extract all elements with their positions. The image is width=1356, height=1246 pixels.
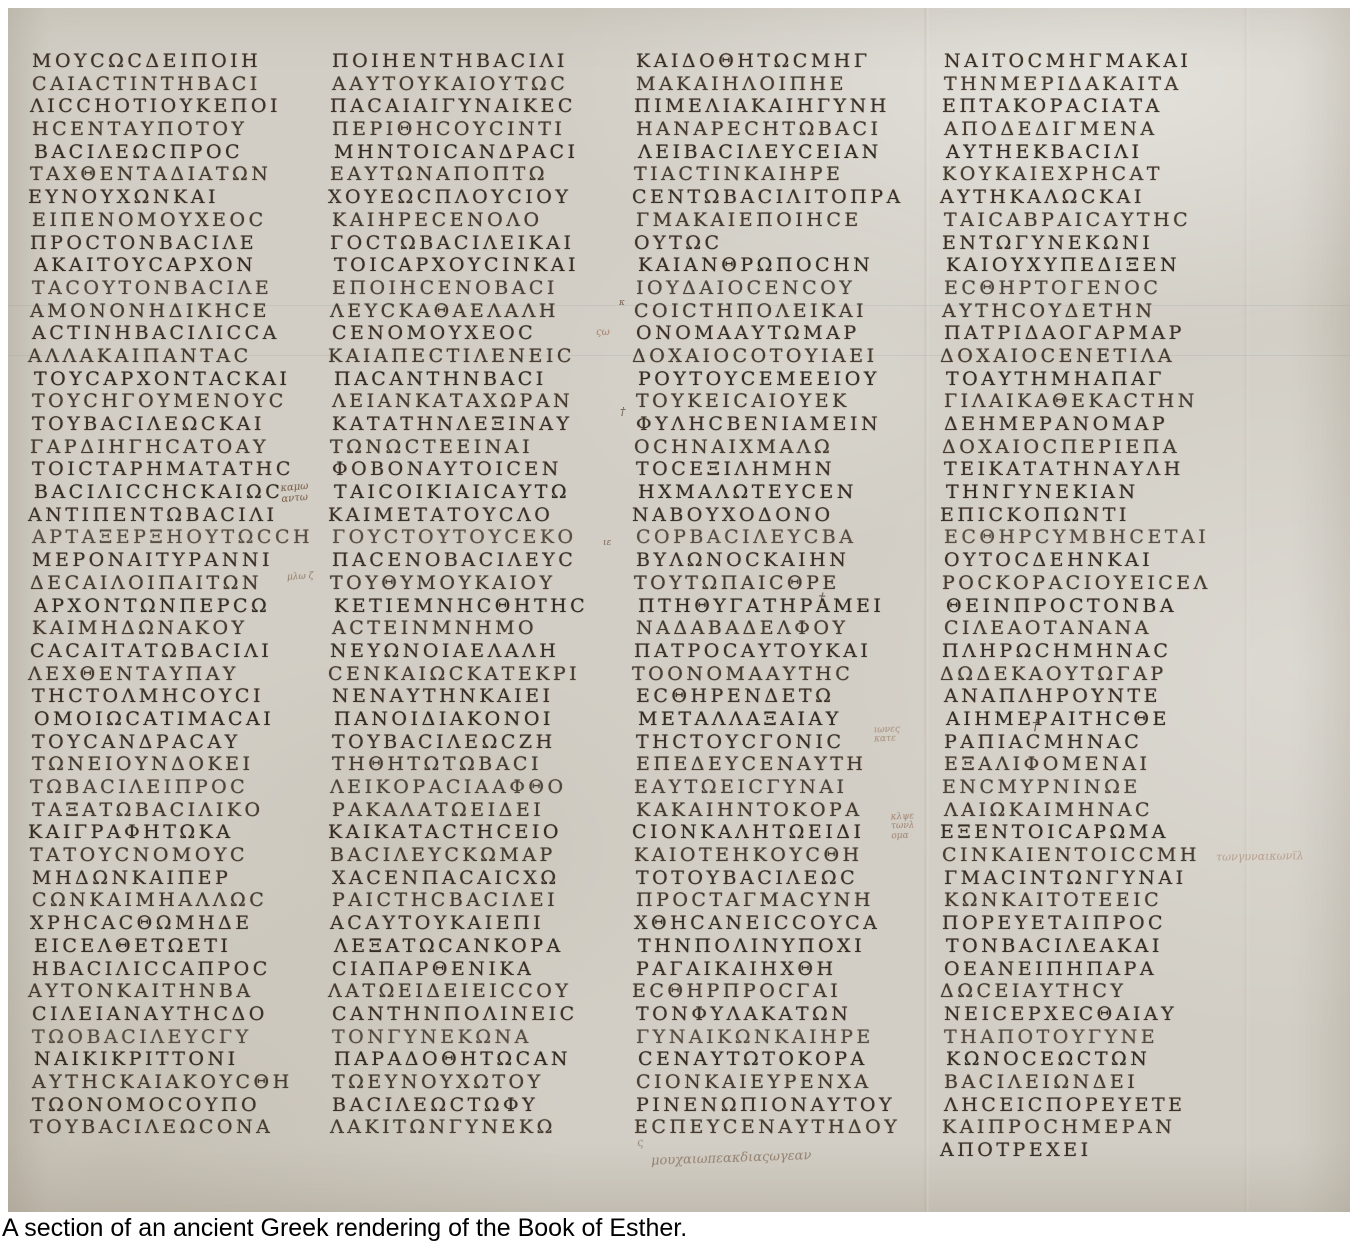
manuscript-text-line: ΑCΤΕΙΝΜΝΗΜΟ — [332, 617, 604, 640]
manuscript-text-line: ΘΕΙΝΠΡΟCΤΟΝΒΑ — [946, 595, 1222, 618]
manuscript-text-line: ΑΠΟΔΕΔΙΓΜΕΝΑ — [944, 118, 1220, 141]
manuscript-text-line: ΠΟΙΗΕΝΤΗΒΑCΙΛΙ — [332, 50, 604, 73]
manuscript-text-line: CΙΟΝΚΑΛΗΤΩΕΙΔΙ — [632, 821, 908, 844]
marginal-note: μλω ζ — [287, 572, 314, 583]
manuscript-text-line: ΤΟΟΝΟΜΑΑΥΤΗC — [632, 663, 908, 686]
manuscript-text-line: ΡΟCΚΟΡΑCΙΟΥΕΙCΕΛ — [942, 572, 1218, 595]
manuscript-text-line: CΟΡΒΑCΙΛΕΥCΒΑ — [636, 526, 912, 549]
manuscript-text-line: ΕCΠΕΥCΕΝΑΥΤΗΔΟΥ — [634, 1116, 910, 1139]
manuscript-text-line: ΕΑΥΤΩΕΙCΓΥΝΑΙ — [634, 776, 910, 799]
manuscript-photo: ΜΟΥCΩCΔΕΙΠΟΙΗCΑΙΑCΤΙΝΤΗΒΑCΙΛΙCCΗΟΤΙΟΥΚΕΠ… — [8, 8, 1350, 1212]
manuscript-text-line: ΕCΘΗΡΕΝΔΕΤΩ — [636, 685, 912, 708]
manuscript-text-line: ΔΟΧΑΙΟCΠΕΡΙΕΠΑ — [942, 436, 1218, 459]
manuscript-text-line: ΤΟCΕΞΙΛΗΜΗΝ — [636, 458, 912, 481]
manuscript-text-line: ΤΟΥΒΑCΙΛΕΩCΖΗ — [332, 731, 604, 754]
parchment-crease — [923, 8, 929, 1212]
manuscript-text-line: CΩΝΚΑΙΜΗΑΛΛΩC — [32, 889, 304, 912]
manuscript-text-line: ΚΩΝΚΑΙΤΟΤΕΕΙC — [944, 889, 1220, 912]
manuscript-text-line: ΤΩΟΝΟΜΟCΟΥΠΟ — [32, 1094, 304, 1117]
manuscript-text-line: ΕΝΤΩΓΥΝΕΚΩΝΙ — [942, 232, 1218, 255]
manuscript-text-line: ΝΕΥΩΝΟΙΑΕΛΑΛΗ — [330, 640, 602, 663]
manuscript-text-line: ΛΑΤΩΕΙΔΕΙΕΙCCΟΥ — [328, 980, 600, 1003]
manuscript-text-line: ΤΟΥΘΥΜΟΥΚΑΙΟΥ — [330, 572, 602, 595]
manuscript-text-line: ΠΡΟCΤΑΓΜΑCΥΝΗ — [636, 889, 912, 912]
manuscript-text-line: ΝΕΙCΕΡΧΕCΘΑΙΑΥ — [944, 1003, 1220, 1026]
manuscript-text-line: ΓΙΛΑΙΚΑΘΕΚΑCΤΗΝ — [944, 390, 1220, 413]
marginal-note: κλψε τωνλ ομα — [891, 813, 915, 842]
manuscript-text-line: ΚΑΙΔΟΘΗΤΩCΜΗΓ — [636, 50, 912, 73]
manuscript-text-line: ΦΟΒΟΝΑΥΤΟΙCΕΝ — [332, 458, 604, 481]
manuscript-text-line: ΟΥΤΩC — [634, 232, 910, 255]
manuscript-text-line: ΕΝCΜΥΡΝΙΝΩΕ — [942, 776, 1218, 799]
manuscript-text-line: ΝΑΔΑΒΑΔΕΛΦΟΥ — [636, 617, 912, 640]
manuscript-text-line: ΚΟΥΚΑΙΕΧΡΗCΑΤ — [942, 163, 1218, 186]
manuscript-text-line: ΚΑΙΠΡΟCΗΜΕΡΑΝ — [942, 1116, 1218, 1139]
manuscript-text-line: ΤΟΝΓΥΝΕΚΩΝΑ — [332, 1026, 604, 1049]
manuscript-text-line: ΤΗΑΠΟΤΟΥΓΥΝΕ — [944, 1026, 1220, 1049]
manuscript-text-line: ΛΕΧΘΕΝΤΑΥΠΑΥ — [28, 663, 300, 686]
manuscript-text-line: CΙΛΕΑΟΤΑΝΑΝΑ — [944, 617, 1220, 640]
manuscript-text-line: ΓΥΝΑΙΚΩΝΚΑΙΗΡΕ — [636, 1026, 912, 1049]
manuscript-text-line: ΠΑCΑΝΤΗΝΒΑCΙ — [334, 368, 606, 391]
manuscript-text-line: ΧΘΗCΑΝΕΙCCΟΥCΑ — [634, 912, 910, 935]
manuscript-text-line: ΤΟΥCΑΝΔΡΑCΑΥ — [32, 731, 304, 754]
manuscript-text-line: CΑΝΤΗΝΠΟΛΙΝΕΙC — [332, 1003, 604, 1026]
manuscript-text-line: ΙΟΥΔΑΙΟCΕΝCΟΥ — [636, 277, 912, 300]
manuscript-text-line: ΑΡΤΑΞΕΡΞΗΟΥΤΩCCΗ — [32, 526, 304, 549]
manuscript-text-line: CΙΑΠΑΡΘΕΝΙΚΑ — [332, 958, 604, 981]
manuscript-text-line: ΤΑCΟΥΤΟΝΒΑCΙΛΕ — [32, 277, 304, 300]
manuscript-text-line: ΧΟΥΕΩCΠΛΟΥCΙΟΥ — [328, 186, 600, 209]
manuscript-text-line: ΛΕΙΚΟΡΑCΙΑΑΦΘΟ — [330, 776, 602, 799]
manuscript-text-line: CΟΙCΤΗΠΟΛΕΙΚΑΙ — [634, 300, 910, 323]
manuscript-text-line: ΗΑΝΑΡΕCΗΤΩΒΑCΙ — [636, 118, 912, 141]
manuscript-text-line: ΑΥΤΗCΟΥΔΕΤΗΝ — [942, 300, 1218, 323]
manuscript-text-line: ΠΟΡΕΥΕΤΑΙΠΡΟC — [942, 912, 1218, 935]
marginal-note: μουχαιωπεακδιαςωγεαν — [651, 1149, 812, 1168]
manuscript-text-line: ΤΟΙCΤΑΡΗΜΑΤΑΤΗC — [32, 458, 304, 481]
manuscript-text-line: ΚΩΝΟCΕΩCΤΩΝ — [946, 1048, 1222, 1071]
manuscript-text-line: ΤΑΙCΟΙΚΙΑΙCΑΥΤΩ — [334, 481, 606, 504]
manuscript-text-line: ΜΕΡΟΝΑΙΤΥΡΑΝΝΙ — [32, 549, 304, 572]
manuscript-text-line: CΕΝΟΜΟΥΧΕΟC — [332, 322, 604, 345]
manuscript-text-line: ΒΥΛΩΝΟCΚΑΙΗΝ — [636, 549, 912, 572]
manuscript-text-line: ΓΜΑΚΑΙΕΠΟΙΗCΕ — [636, 209, 912, 232]
manuscript-text-line: ΑΑΥΤΟΥΚΑΙΟΥΤΩC — [332, 73, 604, 96]
manuscript-text-line: ΜΕΤΑΛΛΑΞΑΙΑΥ — [638, 708, 914, 731]
manuscript-text-line: ΤΑΧΘΕΝΤΑΔΙΑΤΩΝ — [30, 163, 302, 186]
marginal-note: † — [818, 592, 826, 607]
manuscript-text-line: ΚΑΙΟΤΕΗΚΟΥCΘΗ — [634, 844, 910, 867]
manuscript-text-line: ΑΠΟΤΡΕΧΕΙ — [940, 1139, 1216, 1162]
manuscript-text-line: ΓΜΑCΙΝΤΩΝΓΥΝΑΙ — [944, 867, 1220, 890]
manuscript-text-line: ΕCΘΗΡCΥΜΒΗCΕΤΑΙ — [944, 526, 1220, 549]
manuscript-text-line: ΛΕΙΑΝΚΑΤΑΧΩΡΑΝ — [332, 390, 604, 413]
marginal-note: † — [1032, 718, 1040, 734]
manuscript-text-line: ΒΑCΙΛΙCCΗCΚΑΙΩC — [34, 481, 306, 504]
manuscript-text-line: ΠΑCΕΝΟΒΑCΙΛΕΥC — [332, 549, 604, 572]
manuscript-text-line: ΑΚΑΙΤΟΥCΑΡΧΟΝ — [34, 254, 306, 277]
manuscript-text-line: ΟΜΟΙΩCΑΤΙΜΑCΑΙ — [34, 708, 306, 731]
manuscript-text-line: ΑΥΤΗΕΚΒΑCΙΛΙ — [946, 141, 1222, 164]
manuscript-text-line: ΤΗΝΜΕΡΙΔΑΚΑΙΤΑ — [944, 73, 1220, 96]
manuscript-text-line: CΙΟΝΚΑΙΕΥΡΕΝΧΑ — [636, 1071, 912, 1094]
manuscript-text-line: ΑΥΤΗCΚΑΙΑΚΟΥCΘΗ — [32, 1071, 304, 1094]
manuscript-text-line: ΕΞΕΝΤΟΙCΑΡΩΜΑ — [940, 821, 1216, 844]
manuscript-text-line: ΜΑΚΑΙΗΛΟΙΠΗΕ — [636, 73, 912, 96]
text-column-4: ΝΑΙΤΟCΜΗΓΜΑΚΑΙΤΗΝΜΕΡΙΔΑΚΑΙΤΑΕΠΤΑΚΟΡΑCΙΑΤ… — [944, 50, 1220, 1162]
manuscript-text-line: ΟΥΤΟCΔΕΗΝΚΑΙ — [944, 549, 1220, 572]
marginal-note: ιε — [603, 539, 611, 548]
manuscript-text-line: ΡΙΝΕΝΩΠΙΟΝΑΥΤΟΥ — [636, 1094, 912, 1117]
manuscript-text-line: ΧΡΗCΑCΘΩΜΗΔΕ — [30, 912, 302, 935]
manuscript-text-line: ΗΒΑCΙΛΙCCΑΠΡΟC — [32, 958, 304, 981]
manuscript-text-line: ΠΑCΑΙΑΙΓΥΝΑΙΚΕC — [330, 95, 602, 118]
manuscript-text-line: ΕCΘΗΡΠΡΟCΓΑΙ — [632, 980, 908, 1003]
manuscript-text-line: CΕΝΤΩΒΑCΙΛΙΤΟΠΡΑ — [632, 186, 908, 209]
manuscript-text-line: ΛΑΙΩΚΑΙΜΗΝΑC — [944, 799, 1220, 822]
manuscript-text-line: ΔΕCΑΙΛΟΙΠΑΙΤΩΝ — [30, 572, 302, 595]
manuscript-text-line: ΓΟΥCΤΟΥΤΟΥCΕΚΟ — [332, 526, 604, 549]
manuscript-text-line: ΧΑCΕΝΠΑCΑΙCΧΩ — [332, 867, 604, 890]
manuscript-text-line: ΤΗΝΠΟΛΙΝΥΠΟΧΙ — [638, 935, 914, 958]
manuscript-text-line: ΤΕΙΚΑΤΑΤΗΝΑΥΛΗ — [944, 458, 1220, 481]
manuscript-text-line: ΛΕΞΑΤΩCΑΝΚΟΡΑ — [334, 935, 606, 958]
manuscript-text-line: ΤΟΙCΑΡΧΟΥCΙΝΚΑΙ — [334, 254, 606, 277]
manuscript-text-line: ΤΩΒΑCΙΛΕΙΠΡΟC — [30, 776, 302, 799]
manuscript-text-line: ΔΟΧΑΙΟCΕΝΕΤΙΛΑ — [940, 345, 1216, 368]
marginal-note: ιωνες κατε — [874, 726, 901, 746]
manuscript-text-line: ΡΑΚΑΛΑΤΩΕΙΔΕΙ — [332, 799, 604, 822]
manuscript-text-line: ΑΥΤΟΝΚΑΙΤΗΝΒΑ — [28, 980, 300, 1003]
manuscript-text-line: ΕΠΤΑΚΟΡΑCΙΑΤΑ — [942, 95, 1218, 118]
manuscript-text-line: ΗΧΜΑΛΩΤΕΥCΕΝ — [638, 481, 914, 504]
manuscript-text-line: ΠΤΗΘΥΓΑΤΗΡΑΜΕΙ — [638, 595, 914, 618]
manuscript-text-line: CΑΙΑCΤΙΝΤΗΒΑCΙ — [32, 73, 304, 96]
manuscript-text-line: ΠΑΤΡΟCΑΥΤΟΥΚΑΙ — [634, 640, 910, 663]
manuscript-text-line: ΜΟΥCΩCΔΕΙΠΟΙΗ — [32, 50, 304, 73]
manuscript-text-line: CΑCΑΙΤΑΤΩΒΑCΙΛΙ — [30, 640, 302, 663]
manuscript-text-line: ΜΗΝΤΟΙCΑΝΔΡΑCΙ — [334, 141, 606, 164]
manuscript-text-line: ΛΕΙΒΑCΙΛΕΥCΕΙΑΝ — [638, 141, 914, 164]
manuscript-text-line: ΤΟΥΒΑCΙΛΕΩCΟΝΑ — [30, 1116, 302, 1139]
manuscript-text-line: ΤΟΑΥΤΗΜΗΑΠΑΓ — [946, 368, 1222, 391]
manuscript-text-line: ΛΗCΕΙCΠΟΡΕΥΕΤΕ — [944, 1094, 1220, 1117]
manuscript-text-line: ΕΠΟΙΗCΕΝΟΒΑCΙ — [332, 277, 604, 300]
manuscript-text-line: ΠΑΡΑΔΟΘΗΤΩCΑΝ — [334, 1048, 606, 1071]
manuscript-text-line: ΔΟΧΑΙΟCΟΤΟΥΙΑΕΙ — [632, 345, 908, 368]
manuscript-text-line: ΝΕΝΑΥΤΗΝΚΑΙΕΙ — [332, 685, 604, 708]
manuscript-text-line: ΚΕΤΙΕΜΝΗCΘΗΤΗC — [334, 595, 606, 618]
page: ΜΟΥCΩCΔΕΙΠΟΙΗCΑΙΑCΤΙΝΤΗΒΑCΙΛΙCCΗΟΤΙΟΥΚΕΠ… — [0, 0, 1356, 1246]
manuscript-text-line: ΑCΤΙΝΗΒΑCΙΛΙCCΑ — [32, 322, 304, 345]
parchment-crease — [1243, 8, 1249, 1212]
manuscript-text-line: ΒΑCΙΛΕΩCΠΡΟC — [34, 141, 306, 164]
manuscript-text-line: ΑΡΧΟΝΤΩΝΠΕΡCΩ — [34, 595, 306, 618]
manuscript-text-line: ΚΑΤΑΤΗΝΛΕΞΙΝΑΥ — [332, 413, 604, 436]
manuscript-text-line: ΚΑΙΑΠΕCΤΙΛΕΝΕΙC — [328, 345, 600, 368]
manuscript-text-line: ΤΩΝΕΙΟΥΝΔΟΚΕΙ — [32, 753, 304, 776]
marginal-note: † — [620, 406, 626, 418]
manuscript-text-line: ΤΗΘΗΤΩΤΩΒΑCΙ — [332, 753, 604, 776]
manuscript-text-line: ΗCΕΝΤΑΥΠΟΤΟΥ — [32, 118, 304, 141]
manuscript-text-line: ΤΩΟΒΑCΙΛΕΥCΓΥ — [32, 1026, 304, 1049]
manuscript-text-line: ΓΑΡΔΙΗΓΗCΑΤΟΑΥ — [30, 436, 302, 459]
manuscript-text-line: ΚΑΙΜΗΔΩΝΑΚΟΥ — [32, 617, 304, 640]
caption: A section of an ancient Greek rendering … — [2, 1214, 1352, 1243]
manuscript-text-line: ΤΩΝΩCΤΕΕΙΝΑΙ — [330, 436, 602, 459]
manuscript-text-line: ΤΩΕΥΝΟΥΧΩΤΟΥ — [332, 1071, 604, 1094]
manuscript-text-line: CΕΝΚΑΙΩCΚΑΤΕΚΡΙ — [328, 663, 600, 686]
manuscript-text-line: ΑΥΤΗΚΑΛΩCΚΑΙ — [940, 186, 1216, 209]
manuscript-text-line: ΤΟΝΦΥΛΑΚΑΤΩΝ — [636, 1003, 912, 1026]
manuscript-text-line: ΑΙΗΜΕΡΑΙΤΗCΘΕ — [946, 708, 1222, 731]
marginal-note: καμω αντω — [280, 482, 310, 505]
manuscript-text-line: ΚΑΙΗΡΕCΕΝΟΛΟ — [332, 209, 604, 232]
manuscript-text-line: ΤΙΑCΤΙΝΚΑΙΗΡΕ — [634, 163, 910, 186]
manuscript-text-line: ΠΙΜΕΛΙΑΚΑΙΗΓΥΝΗ — [634, 95, 910, 118]
manuscript-text-line: CΙΝΚΑΙΕΝΤΟΙCCΜΗ — [942, 844, 1218, 867]
manuscript-text-line: ΤΟΥΤΩΠΑΙCΘΡΕ — [634, 572, 910, 595]
manuscript-text-line: ΠΕΡΙΘΗCΟΥCΙΝΤΙ — [332, 118, 604, 141]
manuscript-text-line: ΚΑΚΑΙΗΝΤΟΚΟΡΑ — [636, 799, 912, 822]
text-column-3: ΚΑΙΔΟΘΗΤΩCΜΗΓΜΑΚΑΙΗΛΟΙΠΗΕΠΙΜΕΛΙΑΚΑΙΗΓΥΝΗ… — [636, 50, 912, 1139]
manuscript-text-line: ΒΑCΙΛΕΩCΤΩΦΥ — [332, 1094, 604, 1117]
marginal-note: κ — [619, 299, 625, 308]
manuscript-text-line: CΙΛΕΙΑΝΑΥΤΗCΔΟ — [32, 1003, 304, 1026]
manuscript-text-line: ΝΑΒΟΥΧΟΔΟΝΟ — [632, 504, 908, 527]
manuscript-text-line: ΤΟΝΒΑCΙΛΕΑΚΑΙ — [946, 935, 1222, 958]
manuscript-text-line: ΤΗCΤΟΛΜΗCΟΥCΙ — [32, 685, 304, 708]
manuscript-text-line: ΤΟΥCΑΡΧΟΝΤΑCΚΑΙ — [34, 368, 306, 391]
manuscript-text-line: ΕΙΠΕΝΟΜΟΥΧΕΟC — [32, 209, 304, 232]
text-column-1: ΜΟΥCΩCΔΕΙΠΟΙΗCΑΙΑCΤΙΝΤΗΒΑCΙΛΙCCΗΟΤΙΟΥΚΕΠ… — [32, 50, 304, 1139]
manuscript-text-line: ΔΩΔΕΚΑΟΥΤΩΓΑΡ — [940, 663, 1216, 686]
manuscript-text-line: ΔΕΗΜΕΡΑΝΟΜΑΡ — [944, 413, 1220, 436]
manuscript-text-line: ΑΜΟΝΟΝΗΔΙΚΗCΕ — [30, 300, 302, 323]
manuscript-text-line: ΕCΘΗΡΤΟΓΕΝΟC — [944, 277, 1220, 300]
manuscript-text-line: ΠΑΝΟΙΔΙΑΚΟΝΟΙ — [334, 708, 606, 731]
manuscript-text-line: ΕΑΥΤΩΝΑΠΟΠΤΩ — [330, 163, 602, 186]
manuscript-text-line: ΤΟΥΒΑCΙΛΕΩCΚΑΙ — [32, 413, 304, 436]
manuscript-text-line: ΤΟΥCΗΓΟΥΜΕΝΟΥC — [32, 390, 304, 413]
manuscript-text-line: ΤΑΙCΑΒΡΑΙCΑΥΤΗC — [944, 209, 1220, 232]
manuscript-text-line: ΚΑΙΟΥΧΥΠΕΔΙΞΕΝ — [946, 254, 1222, 277]
marginal-note: τωνγυναικωνϊλ — [1216, 850, 1304, 863]
manuscript-text-line: ΓΟCΤΩΒΑCΙΛΕΙΚΑΙ — [330, 232, 602, 255]
manuscript-text-line: ΠΡΟCΤΟΝΒΑCΙΛΕ — [30, 232, 302, 255]
manuscript-text-line: ΚΑΙΜΕΤΑΤΟΥCΛΟ — [328, 504, 600, 527]
manuscript-text-line: ΤΑΞΑΤΩΒΑCΙΛΙΚΟ — [32, 799, 304, 822]
manuscript-text-line: ΡΑΠΙΑCΜΗΝΑC — [944, 731, 1220, 754]
manuscript-text-line: ΦΥΛΗCΒΕΝΙΑΜΕΙΝ — [636, 413, 912, 436]
manuscript-text-line: ΤΗΝΓΥΝΕΚΙΑΝ — [946, 481, 1222, 504]
manuscript-text-line: ΡΑΙCΤΗCΒΑCΙΛΕΙ — [332, 889, 604, 912]
manuscript-text-line: ΕΞΑΛΙΦΟΜΕΝΑΙ — [944, 753, 1220, 776]
manuscript-text-line: ΕΠΕΔΕΥCΕΝΑΥΤΗ — [636, 753, 912, 776]
manuscript-text-line: ΑΛΛΑΚΑΙΠΑΝΤΑC — [28, 345, 300, 368]
manuscript-text-line: ΛΕΥCΚΑΘΑΕΛΑΛΗ — [330, 300, 602, 323]
manuscript-text-line: ΜΗΔΩΝΚΑΙΠΕΡ — [32, 867, 304, 890]
manuscript-text-line: ΚΑΙΓΡΑΦΗΤΩΚΑ — [28, 821, 300, 844]
manuscript-text-line: ΤΟΤΟΥΒΑCΙΛΕΩC — [636, 867, 912, 890]
manuscript-text-line: ΑΝΤΙΠΕΝΤΩΒΑCΙΛΙ — [28, 504, 300, 527]
manuscript-text-line: ΒΑCΙΛΕΙΩΝΔΕΙ — [944, 1071, 1220, 1094]
manuscript-text-line: ΟΕΑΝΕΙΠΗΠΑΡΑ — [944, 958, 1220, 981]
manuscript-text-line: ΕΙCΕΛΘΕΤΩΕΤΙ — [34, 935, 306, 958]
manuscript-text-line: ΒΑCΙΛΕΥCΚΩΜΑΡ — [330, 844, 602, 867]
manuscript-text-line: ΑΝΑΠΛΗΡΟΥΝΤΕ — [944, 685, 1220, 708]
manuscript-text-line: ΟΝΟΜΑΑΥΤΩΜΑΡ — [636, 322, 912, 345]
manuscript-text-line: CΕΝΑΥΤΩΤΟΚΟΡΑ — [638, 1048, 914, 1071]
manuscript-text-line: ΤΗCΤΟΥCΓΟΝΙC — [636, 731, 912, 754]
manuscript-text-line: ΤΑΤΟΥCΝΟΜΟΥC — [30, 844, 302, 867]
manuscript-text-line: ΤΟΥΚΕΙCΑΙΟΥΕΚ — [636, 390, 912, 413]
manuscript-text-line: ΛΑΚΙΤΩΝΓΥΝΕΚΩ — [330, 1116, 602, 1139]
marginal-note: ςω — [596, 328, 610, 339]
manuscript-text-line: ΚΑΙΚΑΤΑCΤΗCΕΙΟ — [328, 821, 600, 844]
manuscript-text-line: ΠΑΤΡΙΔΑΟΓΑΡΜΑΡ — [944, 322, 1220, 345]
manuscript-text-line: ΚΑΙΑΝΘΡΩΠΟCΗΝ — [638, 254, 914, 277]
manuscript-text-line: ΡΟΥΤΟΥCΕΜΕΕΙΟΥ — [638, 368, 914, 391]
manuscript-text-line: ΕΠΙCΚΟΠΩΝΤΙ — [940, 504, 1216, 527]
manuscript-text-line: ΔΩCΕΙΑΥΤΗCΥ — [940, 980, 1216, 1003]
manuscript-text-line: ΛΙCCΗΟΤΙΟΥΚΕΠΟΙ — [30, 95, 302, 118]
manuscript-text-line: ΕΥΝΟΥΧΩΝΚΑΙ — [28, 186, 300, 209]
manuscript-text-line: ΝΑΙΚΙΚΡΙΤΤΟΝΙ — [34, 1048, 306, 1071]
text-column-2: ΠΟΙΗΕΝΤΗΒΑCΙΛΙΑΑΥΤΟΥΚΑΙΟΥΤΩCΠΑCΑΙΑΙΓΥΝΑΙ… — [332, 50, 604, 1139]
manuscript-text-line: ΝΑΙΤΟCΜΗΓΜΑΚΑΙ — [944, 50, 1220, 73]
manuscript-text-line: ΠΛΗΡΩCΗΜΗΝΑC — [942, 640, 1218, 663]
manuscript-text-line: ΡΑΓΑΙΚΑΙΗΧΘΗ — [636, 958, 912, 981]
manuscript-text-line: ΟCΗΝΑΙΧΜΑΛΩ — [634, 436, 910, 459]
manuscript-text-line: ΑCΑΥΤΟΥΚΑΙΕΠΙ — [330, 912, 602, 935]
